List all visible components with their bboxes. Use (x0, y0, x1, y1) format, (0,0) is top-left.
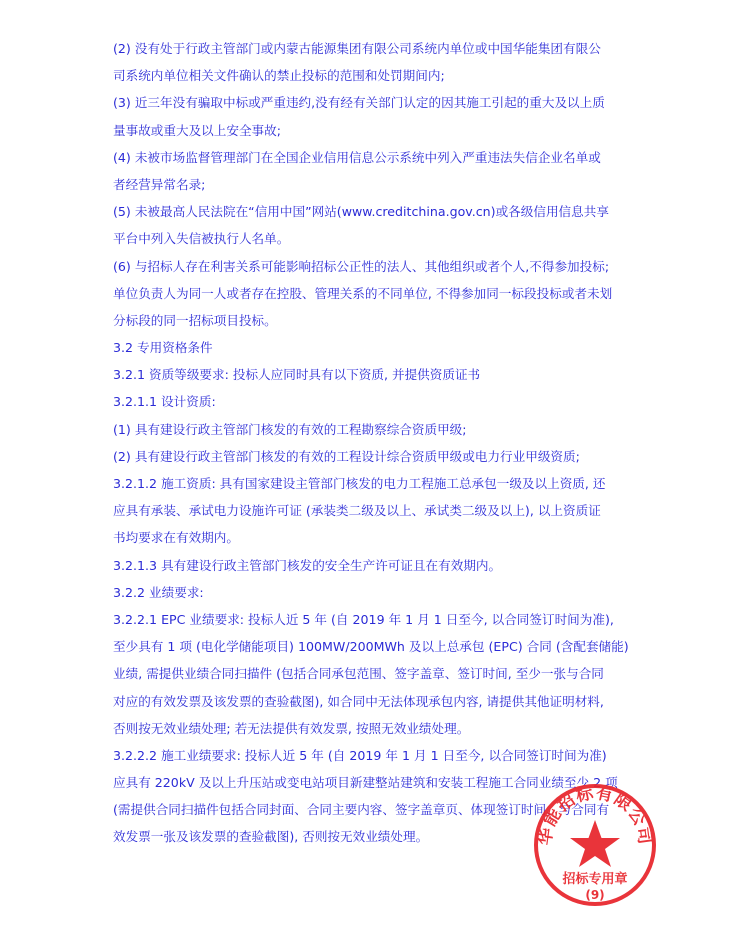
text-line: 单位负责人为同一人或者存在控股、管理关系的不同单位, 不得参加同一标段投标或者未… (113, 280, 643, 307)
text-line: (需提供合同扫描件包括合同封面、合同主要内容、签字盖章页、体现签订时间、与合同有 (113, 796, 643, 823)
text-line: (6) 与招标人存在利害关系可能影响招标公正性的法人、其他组织或者个人,不得参加… (113, 253, 643, 280)
text-line: 3.2.1.2 施工资质: 具有国家建设主管部门核发的电力工程施工总承包一级及以… (113, 470, 643, 497)
document-body: (2) 没有处于行政主管部门或内蒙古能源集团有限公司系统内单位或中国华能集团有限… (113, 35, 643, 851)
text-line: 书均要求在有效期内。 (113, 524, 643, 551)
text-line: (2) 具有建设行政主管部门核发的有效的工程设计综合资质甲级或电力行业甲级资质; (113, 443, 643, 470)
text-line: 否则按无效业绩处理; 若无法提供有效发票, 按照无效业绩处理。 (113, 715, 643, 742)
document-page: (2) 没有处于行政主管部门或内蒙古能源集团有限公司系统内单位或中国华能集团有限… (0, 0, 754, 945)
text-line: (4) 未被市场监督管理部门在全国企业信用信息公示系统中列入严重违法失信企业名单… (113, 144, 643, 171)
text-line: 平台中列入失信被执行人名单。 (113, 225, 643, 252)
text-line: 应具有承装、承试电力设施许可证 (承装类二级及以上、承试类二级及以上), 以上资… (113, 497, 643, 524)
stamp-center-text: 招标专用章 (562, 871, 627, 887)
text-line: 分标段的同一招标项目投标。 (113, 307, 643, 334)
text-line: 至少具有 1 项 (电化学储能项目) 100MW/200MWh 及以上总承包 (… (113, 633, 643, 660)
text-line: 效发票一张及该发票的查验截图), 否则按无效业绩处理。 (113, 823, 643, 850)
text-line: 量事故或重大及以上安全事故; (113, 117, 643, 144)
section-heading: 3.2 专用资格条件 (113, 334, 643, 361)
text-line: (3) 近三年没有骗取中标或严重违约,没有经有关部门认定的因其施工引起的重大及以… (113, 89, 643, 116)
text-line: 3.2.1.3 具有建设行政主管部门核发的安全生产许可证且在有效期内。 (113, 552, 643, 579)
text-line: 对应的有效发票及该发票的查验截图), 如合同中无法体现承包内容, 请提供其他证明… (113, 688, 643, 715)
text-line: 3.2.2.2 施工业绩要求: 投标人近 5 年 (自 2019 年 1 月 1… (113, 742, 643, 769)
text-line: 3.2.1 资质等级要求: 投标人应同时具有以下资质, 并提供资质证书 (113, 361, 643, 388)
text-line: 者经营异常名录; (113, 171, 643, 198)
text-line: 3.2.1.1 设计资质: (113, 388, 643, 415)
text-line: 司系统内单位相关文件确认的禁止投标的范围和处罚期间内; (113, 62, 643, 89)
text-line: 3.2.2.1 EPC 业绩要求: 投标人近 5 年 (自 2019 年 1 月… (113, 606, 643, 633)
text-line: 3.2.2 业绩要求: (113, 579, 643, 606)
text-line: (2) 没有处于行政主管部门或内蒙古能源集团有限公司系统内单位或中国华能集团有限… (113, 35, 643, 62)
stamp-number: (9) (585, 888, 604, 902)
text-line: 业绩, 需提供业绩合同扫描件 (包括合同承包范围、签字盖章、签订时间, 至少一张… (113, 660, 643, 687)
text-line: 应具有 220kV 及以上升压站或变电站项目新建整站建筑和安装工程施工合同业绩至… (113, 769, 643, 796)
text-line: (5) 未被最高人民法院在“信用中国”网站(www.creditchina.go… (113, 198, 643, 225)
text-line: (1) 具有建设行政主管部门核发的有效的工程勘察综合资质甲级; (113, 416, 643, 443)
